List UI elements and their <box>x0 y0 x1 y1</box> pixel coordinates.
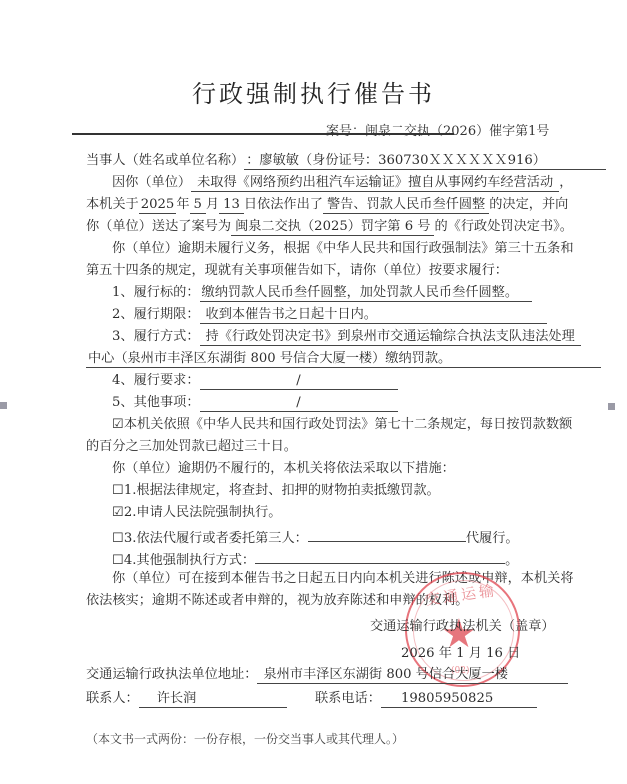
defense-line2: 依法核实；逾期不陈述或者申辩的，视为放弃陈述和申辩的权利。 <box>86 591 468 611</box>
case-number: 案号：闽泉二交执（2026）催字第1号 <box>326 120 549 139</box>
item-3-cont: 中心（泉州市丰泽区东湖街 800 号信合大厦一楼）缴纳罚款。 <box>86 349 601 369</box>
measure-1: ☐1.根据法律规定，将查封、扣押的财物拍卖抵缴罚款。 <box>112 481 440 501</box>
issue-date: 2026 年 1 月 16 日 <box>401 644 520 664</box>
measure-suffix: 代履行。 <box>466 531 519 546</box>
defense-line1: 你（单位）可在接到本催告书之日起五日内向本机关进行陈述或申辩，本机关将 <box>112 569 574 589</box>
item-value: / <box>200 395 398 412</box>
text: 你（单位）送达了案号为 <box>86 219 231 234</box>
violation-text: 未取得《网络预约出租汽车运输证》擅自从事网约车经营活动 <box>191 175 559 192</box>
item-value: 缴纳罚款人民币叁仟圆整，加处罚款人民币叁仟圆整。 <box>200 285 533 302</box>
item-3: 3、履行方式：持《行政处罚决定书》到泉州市交通运输综合执法支队违法处理 <box>112 327 581 347</box>
contact-person-label: 联系人： <box>86 691 139 706</box>
decision-year: 2025 <box>139 197 177 214</box>
item-label: 5、其他事项： <box>112 395 200 410</box>
footnote: （本文书一式两份：一份存根，一份交当事人或其代理人。） <box>86 730 404 747</box>
para1-line3: 你（单位）送达了案号为闽泉二交执（2025）罚字第 6 号的《行政处罚决定书》。 <box>86 217 573 237</box>
text: 的决定，并向 <box>489 197 568 212</box>
measure-2: ☑2.申请人民法院强制执行。 <box>112 503 281 523</box>
item-value: 收到本催告书之日起十日内。 <box>200 307 547 324</box>
text: 年 <box>176 197 189 212</box>
party-value: ：廖敏敏（身份证号：360730ＸＸＸＸＸＸ916） <box>244 153 606 170</box>
left-scan-marker <box>0 402 7 409</box>
decision-case-number: 闽泉二交执（2025）罚字第 6 号 <box>231 219 434 236</box>
item-value: / <box>200 373 398 390</box>
item-value: 持《行政处罚决定书》到泉州市交通运输综合执法支队违法处理 <box>200 329 581 346</box>
phone-line: 联系电话：19805950825 <box>315 689 537 709</box>
party-line: 当事人（姓名或单位名称）：廖敏敏（身份证号：360730ＸＸＸＸＸＸ916） <box>86 151 606 171</box>
measure-blank <box>308 525 466 542</box>
address-line: 交通运输行政执法单位地址：泉州市丰泽区东湖街 800 号信合大厦一楼 <box>86 665 568 685</box>
text: 的《行政处罚决定书》。 <box>434 219 572 234</box>
measure-4: ☐4.其他强制执行方式：。 <box>112 547 518 571</box>
late-fee-line2: 的百分之三加处罚款已超过三十日。 <box>86 437 297 457</box>
decision-day: 13 <box>219 197 244 214</box>
late-fee-line1: ☑本机关依照《中华人民共和国行政处罚法》第七十二条规定，每日按罚款数额 <box>112 415 572 435</box>
measure-suffix: 。 <box>505 553 518 568</box>
text: 本机关于 <box>86 197 139 212</box>
item-2: 2、履行期限：收到本催告书之日起十日内。 <box>112 305 547 325</box>
phone-value: 19805950825 <box>381 691 537 708</box>
para2-line1: 你（单位）逾期未履行义务，根据《中华人民共和国行政强制法》第三十五条和 <box>112 239 574 259</box>
right-scan-marker <box>608 403 615 410</box>
address-value: 泉州市丰泽区东湖街 800 号信合大厦一楼 <box>257 667 568 684</box>
address-label: 交通运输行政执法单位地址： <box>86 667 257 682</box>
measures-intro: 你（单位）逾期仍不履行的，本机关将依法采取以下措施： <box>112 459 455 479</box>
item-label: 3、履行方式： <box>112 329 200 344</box>
para2-line2: 第五十四条的规定，现就有关事项催告如下，请你（单位）按要求履行： <box>86 261 508 281</box>
para1-line1: 因你（单位）未取得《网络预约出租汽车运输证》擅自从事网约车经营活动， <box>112 173 572 193</box>
item-5: 5、其他事项：/ <box>112 393 398 413</box>
decision-month: 5 <box>190 197 206 214</box>
item-4: 4、履行要求：/ <box>112 371 398 391</box>
measure-text: ☐4.其他强制执行方式： <box>112 553 255 568</box>
item-value-continued: 中心（泉州市丰泽区东湖街 800 号信合大厦一楼）缴纳罚款。 <box>86 351 601 368</box>
item-label: 1、履行标的： <box>112 285 200 300</box>
item-label: 4、履行要求： <box>112 373 200 388</box>
document-title: 行政强制执行催告书 <box>0 74 627 109</box>
phone-label: 联系电话： <box>315 691 381 706</box>
decision-content: 警告、罚款人民币叁仟圆整 <box>323 197 489 214</box>
case-number-rule <box>72 133 454 135</box>
para1-suffix: ， <box>559 175 572 190</box>
text: 月 <box>206 197 219 212</box>
para1-prefix: 因你（单位） <box>112 175 191 190</box>
para1-line2: 本机关于2025年5月13日依法作出了警告、罚款人民币叁仟圆整的决定，并向 <box>86 195 568 215</box>
measure-blank <box>255 547 505 564</box>
measure-3: ☐3.依法代履行或者委托第三人：代履行。 <box>112 525 519 549</box>
authority-signature: 交通运输行政执法机关（盖章） <box>370 617 555 637</box>
contact-line: 联系人：许长润 <box>86 689 287 709</box>
contact-person-value: 许长润 <box>139 691 287 708</box>
item-label: 2、履行期限： <box>112 307 200 322</box>
text: 日依法作出了 <box>244 197 323 212</box>
item-1: 1、履行标的：缴纳罚款人民币叁仟圆整，加处罚款人民币叁仟圆整。 <box>112 283 532 303</box>
measure-text: ☐3.依法代履行或者委托第三人： <box>112 531 308 546</box>
party-label: 当事人（姓名或单位名称） <box>86 153 244 168</box>
